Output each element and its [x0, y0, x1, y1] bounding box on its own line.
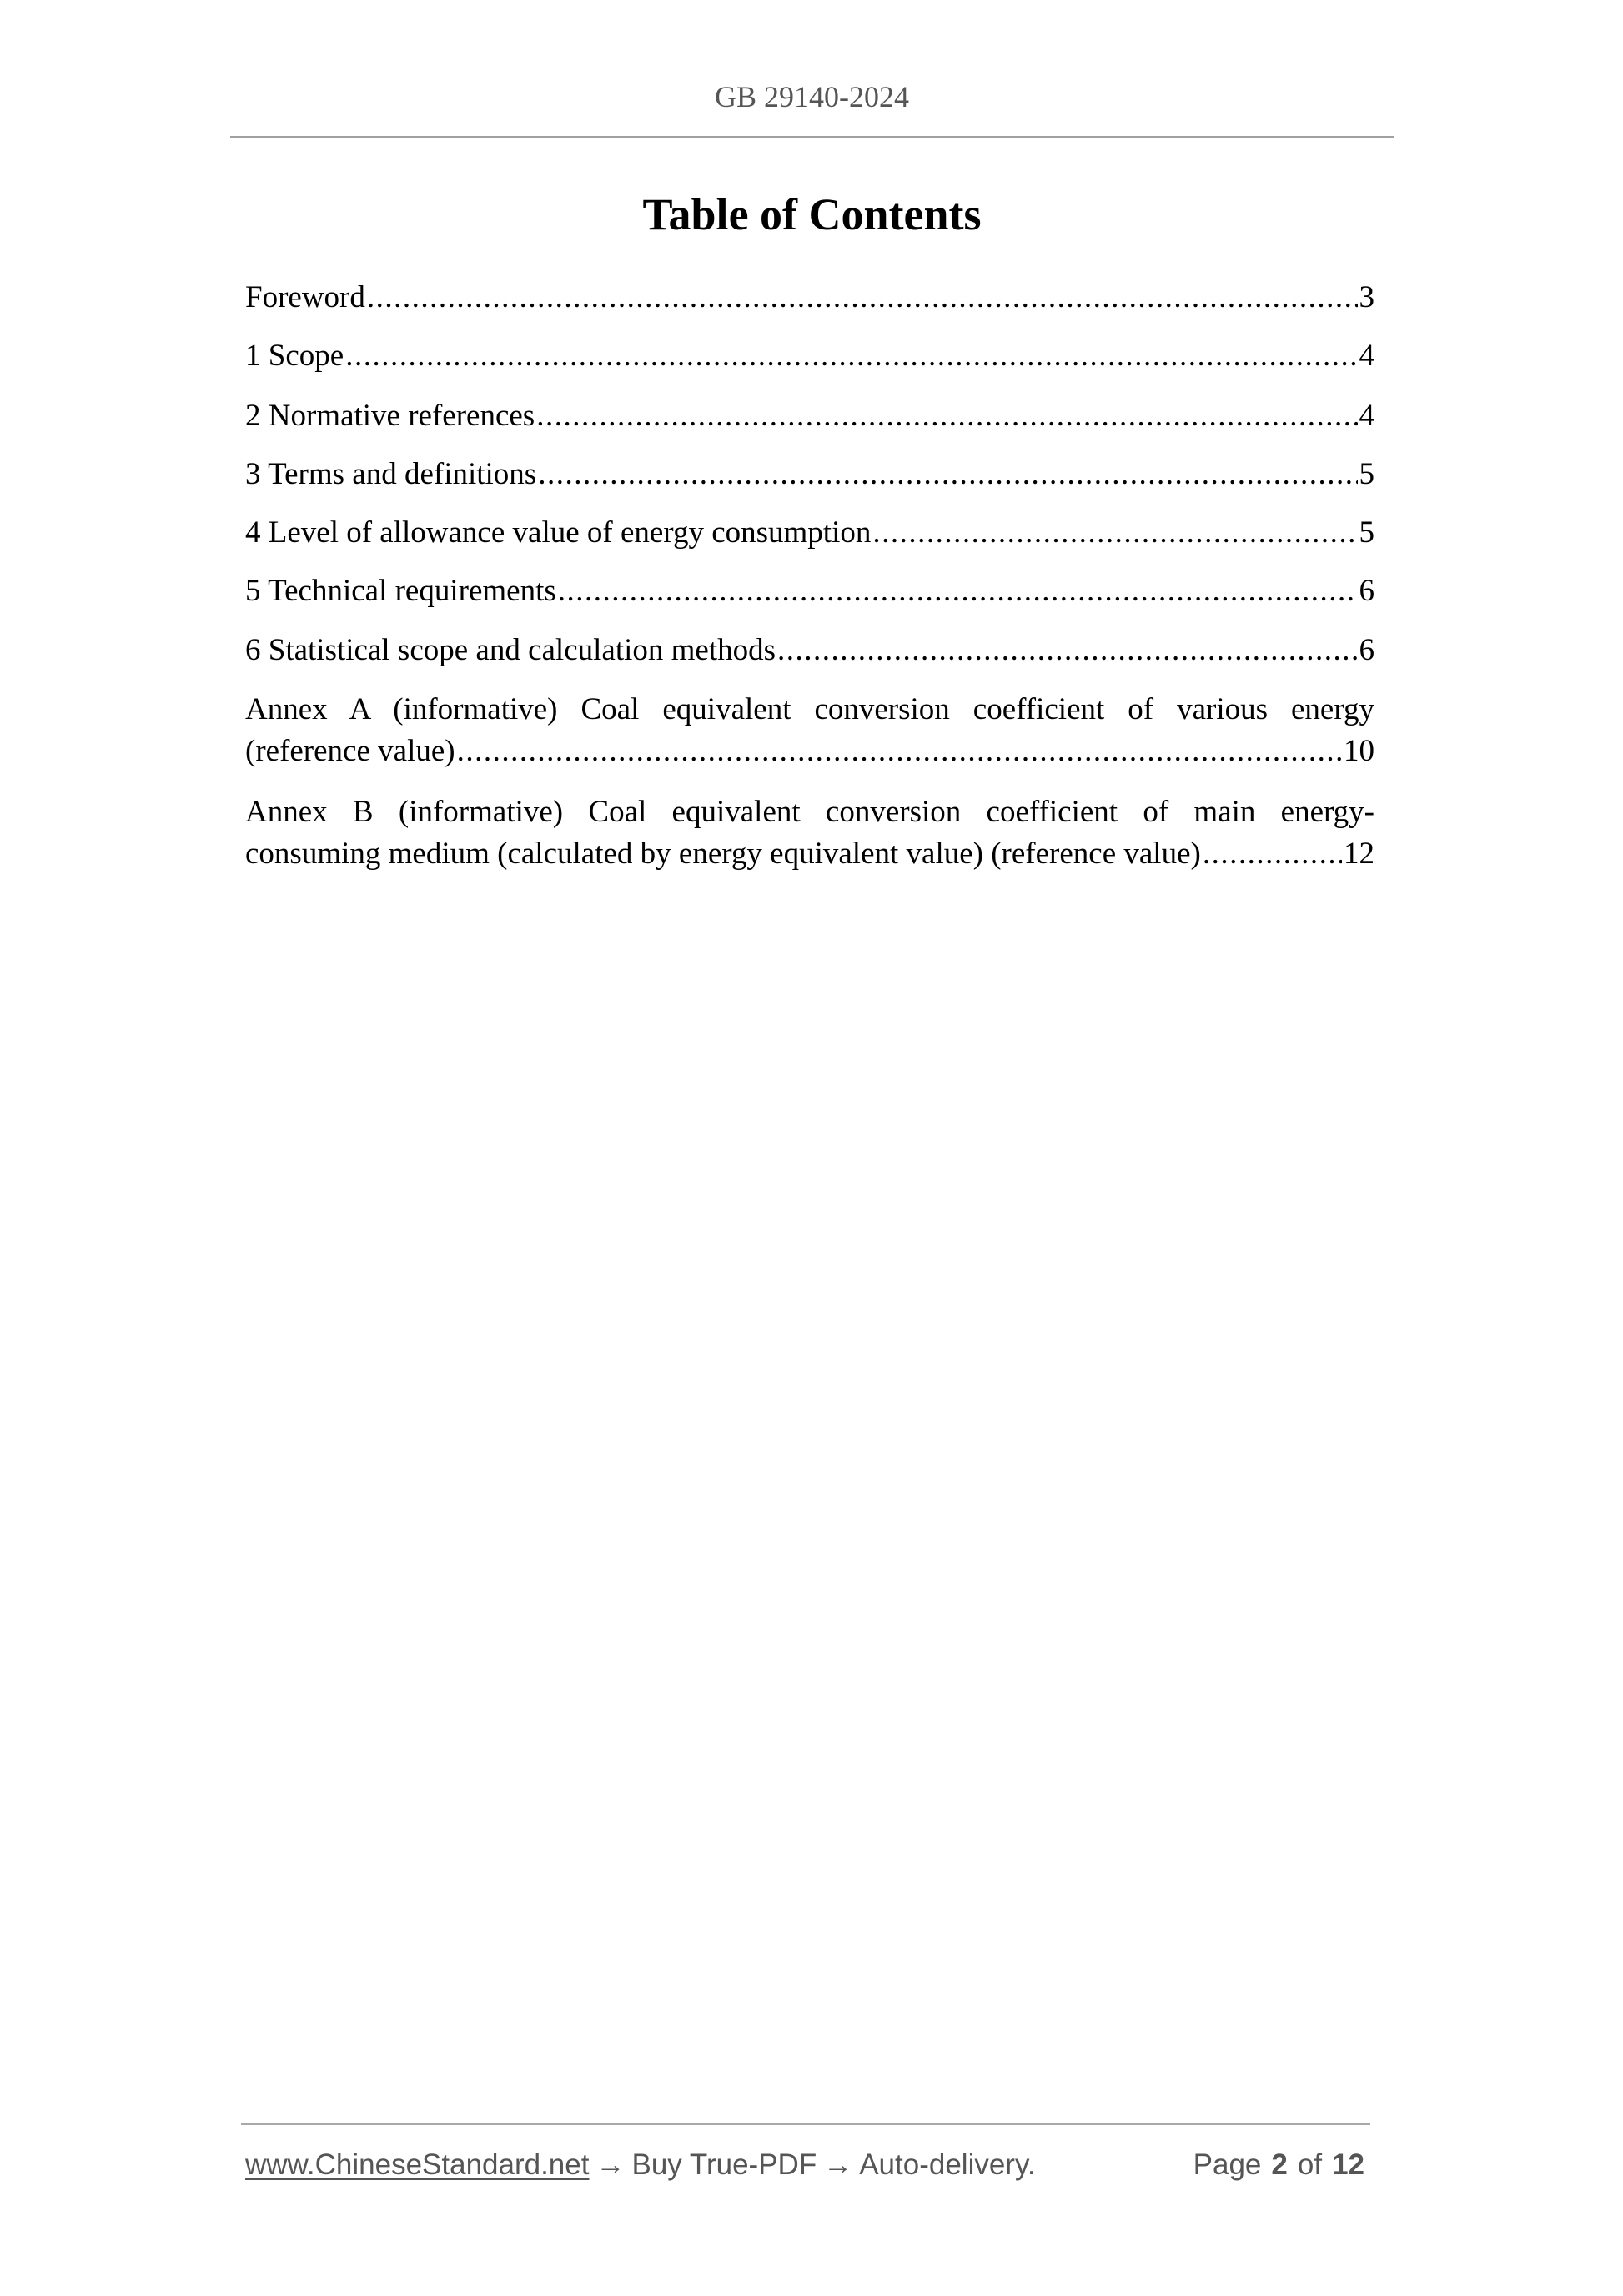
toc-entry-technical-requirements[interactable]: 5 Technical requirements 6 [245, 570, 1374, 612]
footer-divider [241, 2123, 1370, 2125]
dot-leader [538, 454, 1357, 495]
arrow-right-icon: → [823, 2148, 852, 2181]
toc-entry-label: 6 Statistical scope and calculation meth… [245, 630, 776, 671]
toc-page-number: 5 [1359, 454, 1375, 495]
dot-leader [536, 395, 1357, 437]
toc-entry-annex-a[interactable]: Annex A (informative) Coal equivalent co… [245, 689, 1374, 772]
toc-page-number: 5 [1359, 512, 1375, 554]
total-pages: 12 [1332, 2148, 1364, 2181]
toc-page-number: 4 [1359, 335, 1375, 377]
dot-leader [777, 630, 1357, 671]
dot-leader [1203, 833, 1342, 875]
page-footer: www.ChineseStandard.net→Buy True-PDF→Aut… [245, 2148, 1364, 2183]
page-title: Table of Contents [230, 185, 1394, 244]
toc-entry-label: 1 Scope [245, 335, 344, 377]
of-label: of [1298, 2148, 1322, 2181]
toc-entry-terms-and-definitions[interactable]: 3 Terms and definitions 5 [245, 454, 1374, 495]
footer-step-buy: Buy True-PDF [631, 2148, 817, 2181]
document-page: GB 29140-2024 Table of Contents Foreword… [0, 0, 1623, 2296]
page-indicator: Page2of12 [1193, 2148, 1364, 2183]
dot-leader [457, 731, 1342, 772]
toc-entry-normative-references[interactable]: 2 Normative references 4 [245, 395, 1374, 437]
arrow-right-icon: → [595, 2148, 625, 2181]
toc-page-number: 12 [1344, 833, 1374, 875]
toc-entry-label-line2: consuming medium (calculated by energy e… [245, 833, 1201, 875]
running-header: GB 29140-2024 [230, 77, 1394, 117]
toc-entry-label: 2 Normative references [245, 395, 535, 437]
toc-entry-label: 4 Level of allowance value of energy con… [245, 512, 871, 554]
toc-entry-label: 5 Technical requirements [245, 570, 556, 612]
toc-entry-label: Foreword [245, 277, 365, 319]
dot-leader [345, 335, 1357, 377]
toc-page-number: 6 [1359, 570, 1375, 612]
dot-leader [872, 512, 1357, 554]
current-page: 2 [1271, 2148, 1287, 2181]
toc-entry-level-of-allowance[interactable]: 4 Level of allowance value of energy con… [245, 512, 1374, 554]
toc-entry-statistical-scope[interactable]: 6 Statistical scope and calculation meth… [245, 630, 1374, 671]
dot-leader [367, 277, 1358, 319]
toc-page-number: 6 [1359, 630, 1375, 671]
toc-page-number: 4 [1359, 395, 1375, 437]
toc-page-number: 3 [1359, 277, 1375, 319]
footer-promo: www.ChineseStandard.net→Buy True-PDF→Aut… [245, 2148, 1036, 2183]
toc-entry-label-line2: (reference value) [245, 731, 455, 772]
page-label: Page [1193, 2148, 1262, 2181]
header-divider [230, 136, 1394, 138]
toc-entry-label-line1: Annex B (informative) Coal equivalent co… [245, 791, 1374, 833]
chinesestandard-link[interactable]: www.ChineseStandard.net [245, 2148, 589, 2181]
toc-entry-label-line1: Annex A (informative) Coal equivalent co… [245, 689, 1374, 731]
toc-page-number: 10 [1344, 731, 1374, 772]
footer-step-delivery: Auto-delivery. [859, 2148, 1035, 2181]
toc-entry-annex-b[interactable]: Annex B (informative) Coal equivalent co… [245, 791, 1374, 875]
toc-entry-scope[interactable]: 1 Scope 4 [245, 335, 1374, 377]
toc-entry-foreword[interactable]: Foreword 3 [245, 277, 1374, 319]
toc-entry-label: 3 Terms and definitions [245, 454, 536, 495]
dot-leader [558, 570, 1358, 612]
